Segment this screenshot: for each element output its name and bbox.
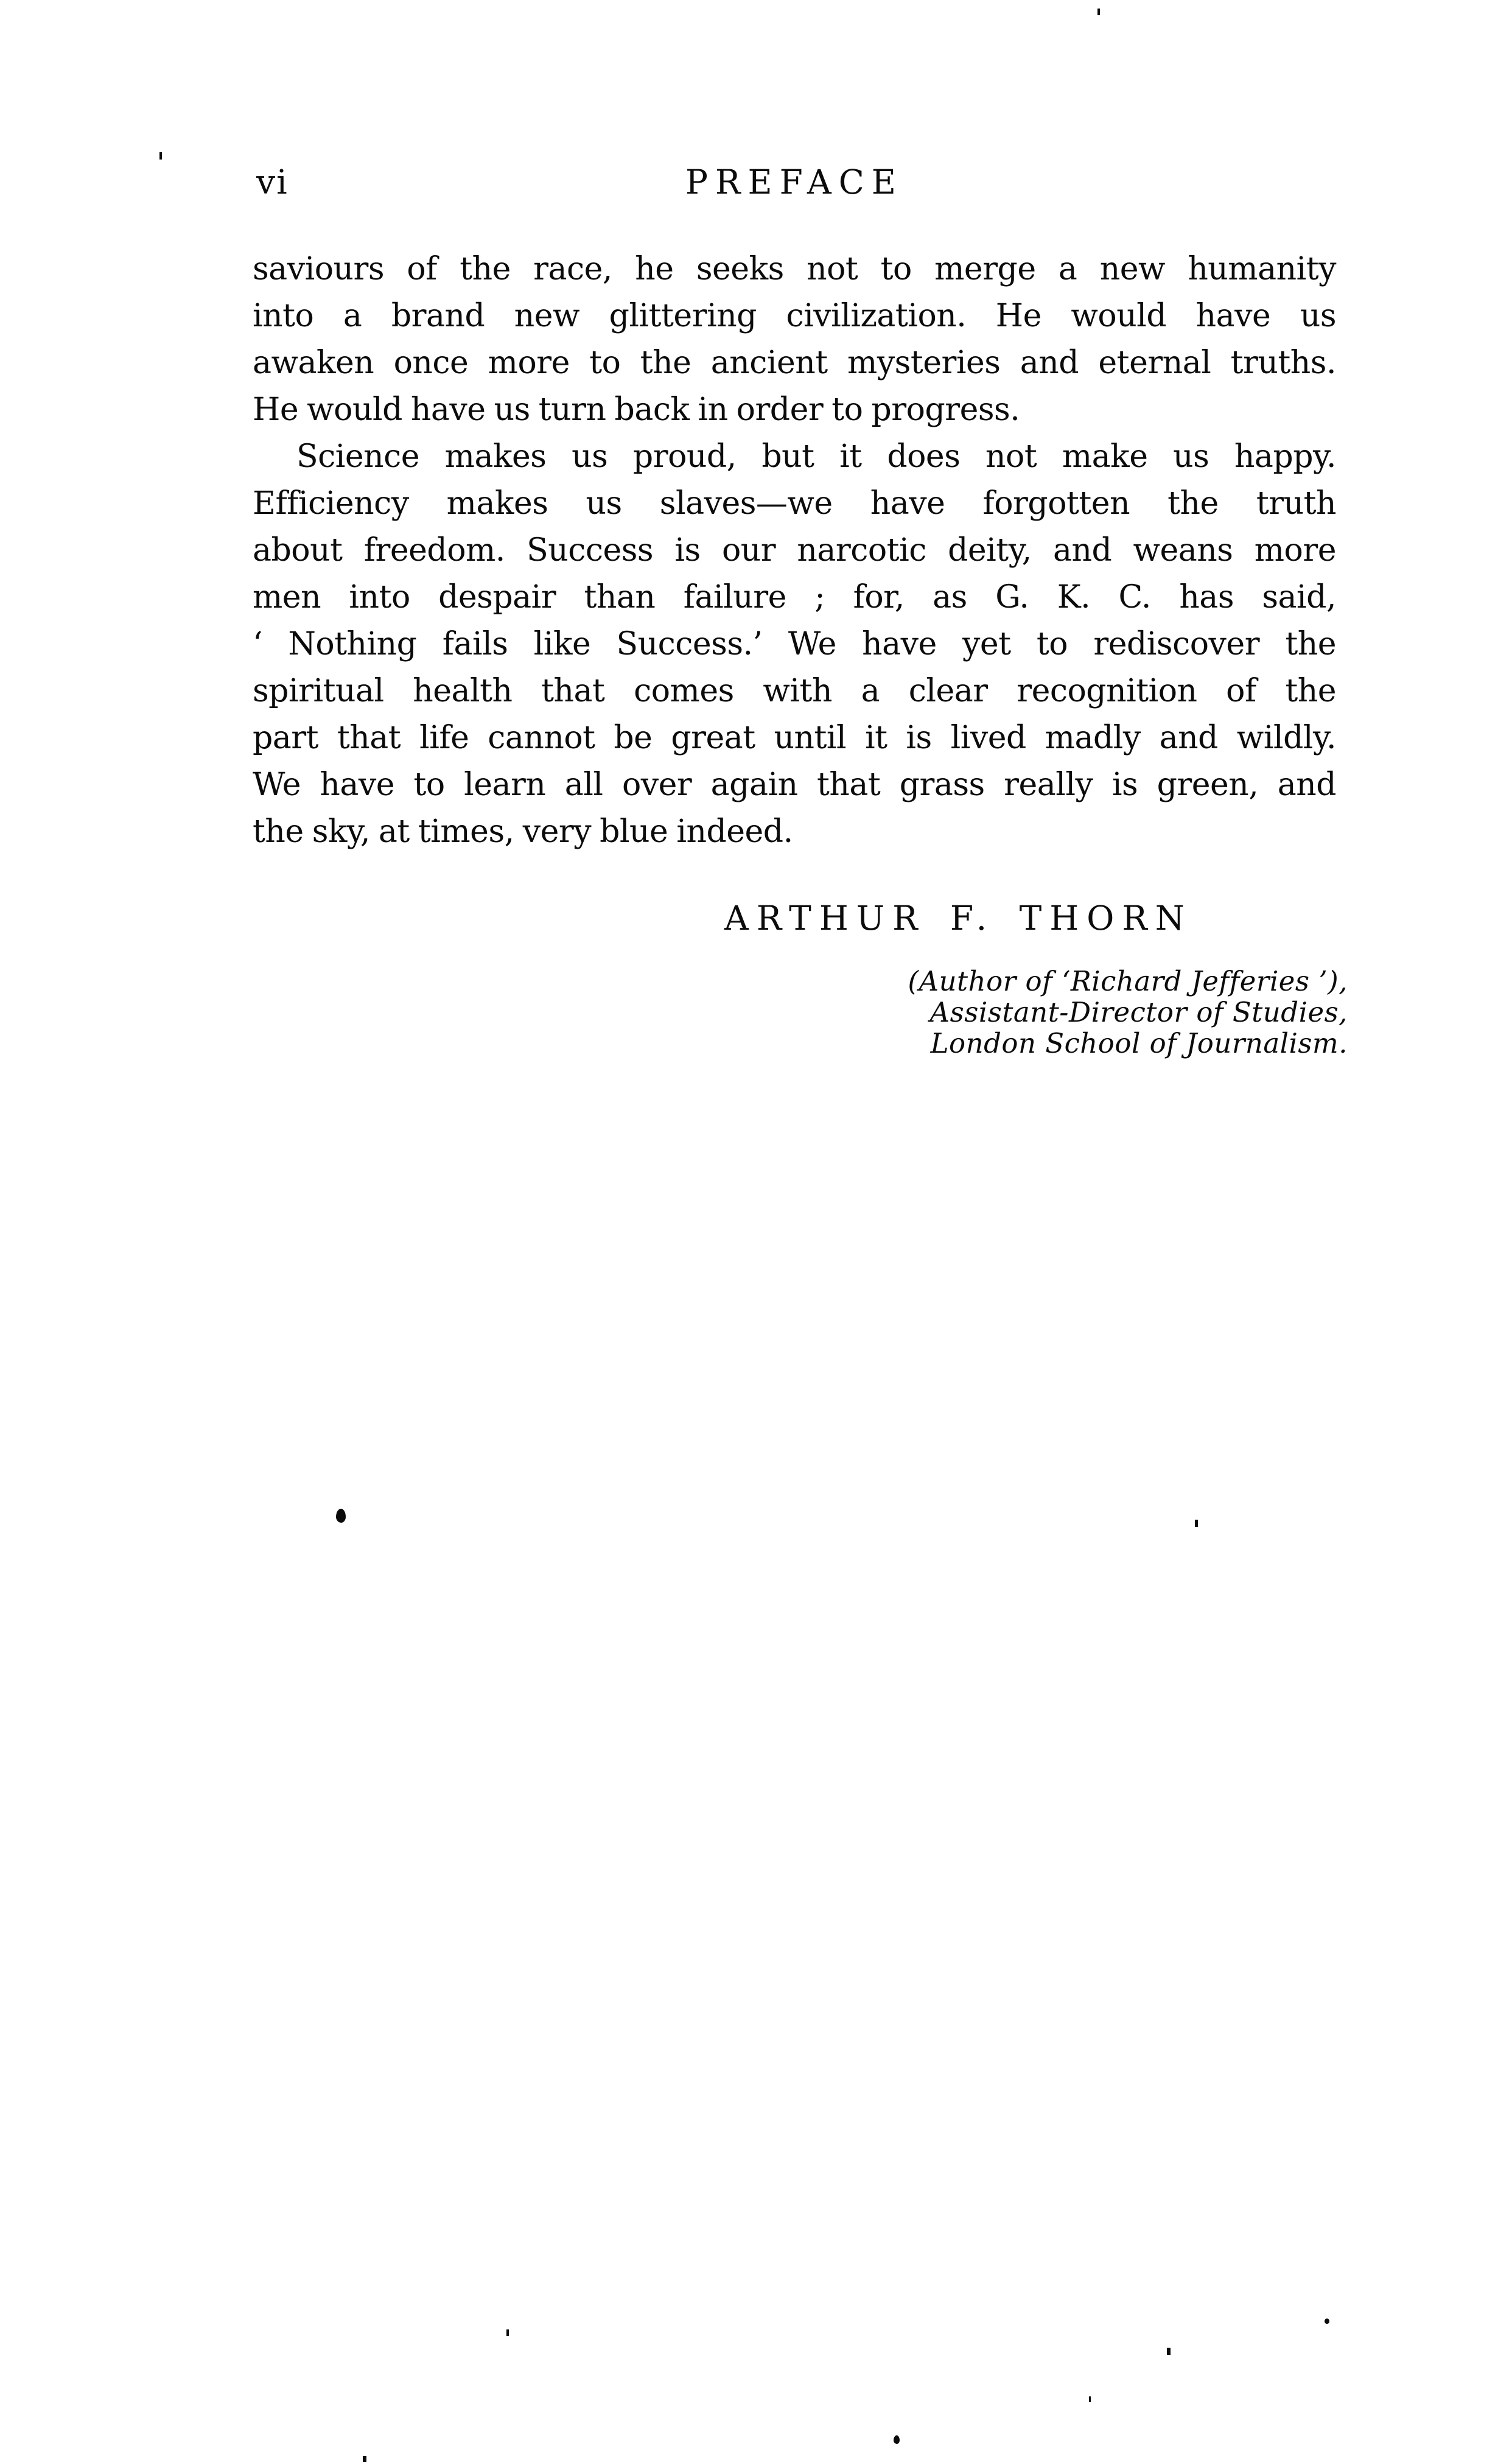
preface-line: saviours of the race, he seeks not to me…	[253, 246, 1336, 293]
preface-line: spiritual health that comes with a clear…	[253, 668, 1336, 715]
preface-line: part that life cannot be great until it …	[253, 715, 1336, 762]
preface-line: about freedom. Success is our narcotic d…	[253, 527, 1336, 574]
ink-speck-artifact	[894, 2435, 900, 2444]
preface-line: men into despair than failure ; for, as …	[253, 574, 1336, 621]
preface-line: ‘ Nothing fails like Success.’ We have y…	[253, 621, 1336, 668]
ink-speck-artifact	[1097, 9, 1100, 15]
attribution-line: (Author of ‘Richard Jefferies ’),	[908, 966, 1348, 997]
preface-line: awaken once more to the ancient mysterie…	[253, 340, 1336, 387]
ink-speck-artifact	[159, 152, 162, 160]
author-name: ARTHUR F. THORN	[724, 899, 1192, 937]
running-title: PREFACE	[253, 163, 1336, 201]
attribution-line: Assistant-Director of Studies,	[908, 997, 1348, 1028]
ink-speck-artifact	[1325, 2318, 1329, 2324]
preface-line: He would have us turn back in order to p…	[253, 387, 1336, 433]
scanned-book-page: vi PREFACE saviours of the race, he seek…	[0, 0, 1512, 2464]
ink-speck-artifact	[1089, 2396, 1091, 2402]
ink-speck-artifact	[363, 2456, 366, 2462]
ink-speck-artifact	[1167, 2348, 1171, 2355]
ink-speck-artifact	[336, 1509, 346, 1523]
preface-text-block: saviours of the race, he seeks not to me…	[253, 246, 1336, 855]
preface-line: We have to learn all over again that gra…	[253, 762, 1336, 809]
ink-speck-artifact	[1195, 1520, 1198, 1527]
attribution-line: London School of Journalism.	[908, 1028, 1348, 1059]
author-attribution-block: (Author of ‘Richard Jefferies ’), Assist…	[908, 966, 1348, 1059]
preface-line: the sky, at times, very blue indeed.	[253, 809, 1336, 855]
preface-line: into a brand new glittering civilization…	[253, 293, 1336, 340]
ink-speck-artifact	[506, 2329, 509, 2336]
preface-line: Science makes us proud, but it does not …	[253, 433, 1336, 480]
page-header: vi PREFACE	[253, 163, 1336, 212]
preface-line: Efficiency makes us slaves—we have forgo…	[253, 480, 1336, 527]
